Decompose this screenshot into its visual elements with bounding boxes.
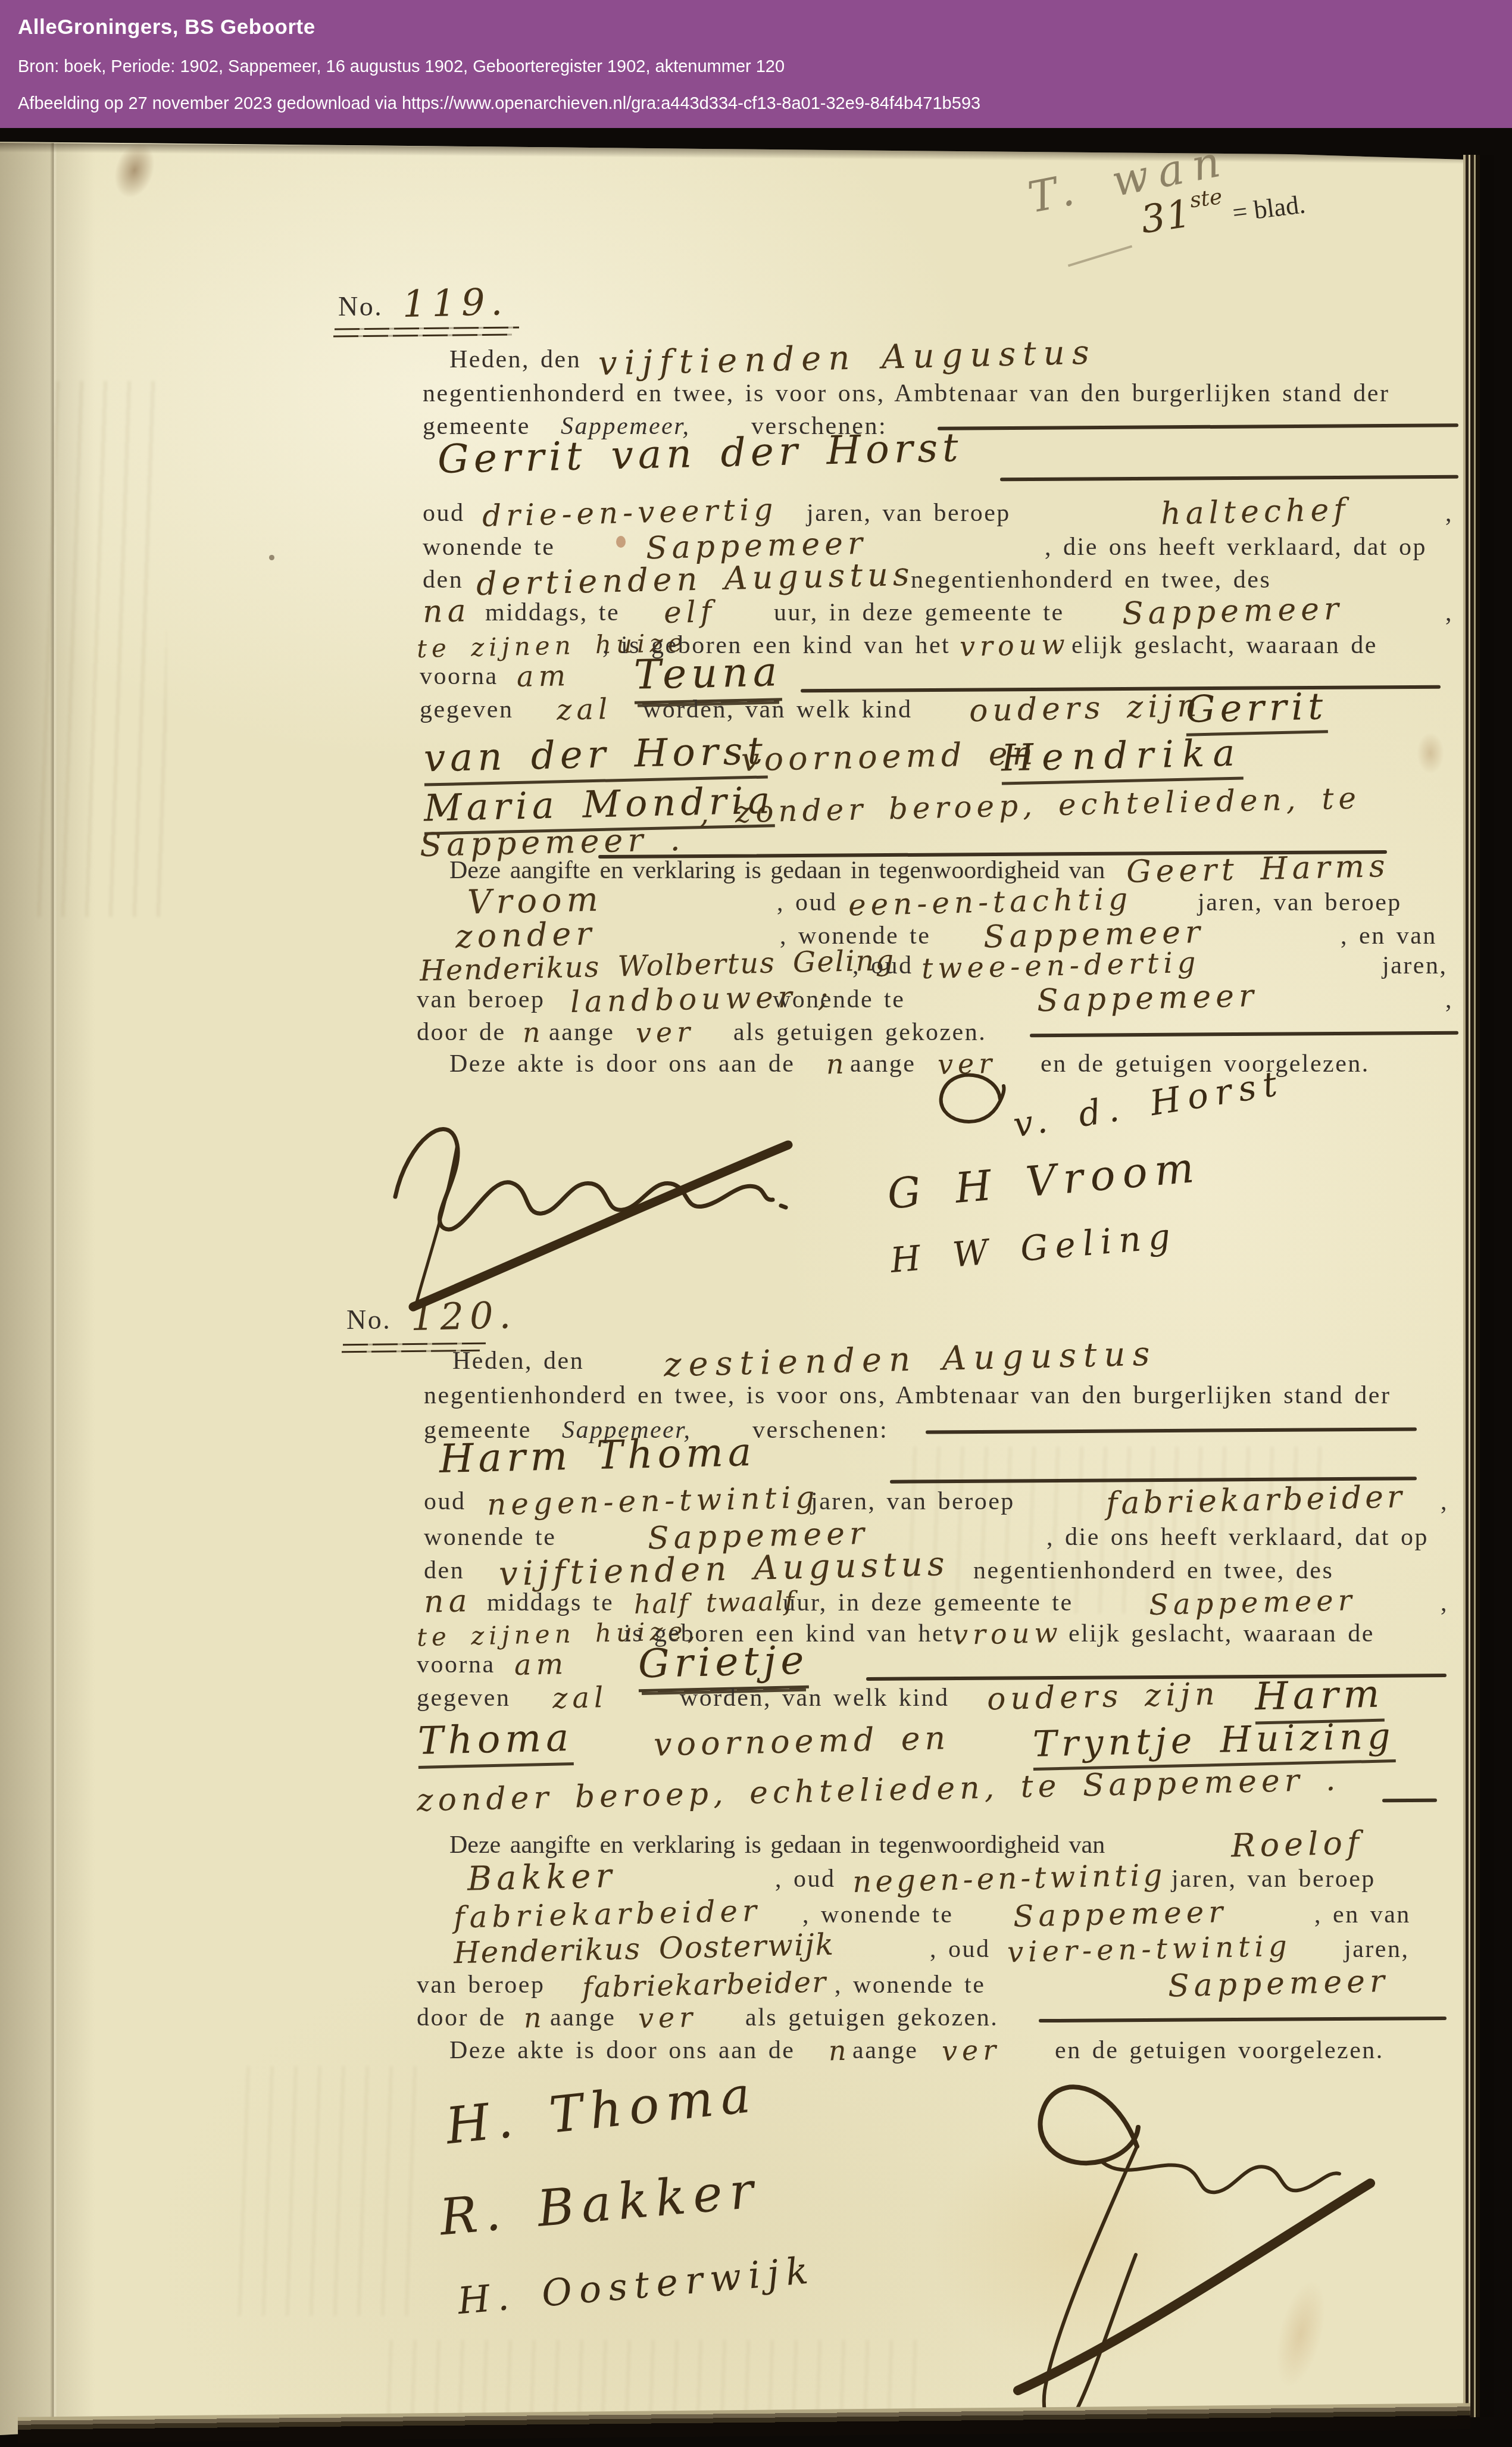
act-number-underline <box>343 1343 486 1346</box>
fill-rule <box>1382 1799 1437 1803</box>
handwritten-text: Sappemeer <box>1148 1584 1357 1622</box>
handwritten-text: vier-en-twintig <box>1007 1930 1292 1970</box>
handwritten-text: Sappemeer <box>1013 1894 1227 1934</box>
handwritten-text: Tryntje Huizing <box>1032 1715 1395 1771</box>
printed-text: worden, van welk kind <box>680 1684 949 1712</box>
printed-text: uur, in deze gemeente te <box>783 1588 1073 1617</box>
printed-text: wonende te <box>424 1523 556 1552</box>
act-number-value: 120. <box>410 1293 517 1339</box>
signature-text: H. Oosterwijk <box>456 2248 817 2323</box>
handwritten-text: vrouw <box>952 1616 1063 1651</box>
handwritten-text: zal <box>552 1681 608 1715</box>
handwritten-text: vijftienden Augustus <box>498 1544 949 1593</box>
act-number-label: No. <box>346 1304 391 1335</box>
handwritten-text: Sappemeer <box>1167 1964 1389 2004</box>
handwritten-text: am <box>514 1647 568 1682</box>
printed-text: negentienhonderd en twee, des <box>973 1556 1333 1585</box>
handwritten-text: Bakker <box>467 1856 617 1899</box>
handwritten-text: na <box>423 1583 472 1620</box>
printed-text: Deze akte is door ons aan de <box>449 2036 795 2065</box>
printed-text: den <box>424 1556 464 1585</box>
register-page: T. wan 31ste = blad. No.119.Heden, denvi… <box>0 0 1466 2447</box>
printed-text: voorna <box>417 1650 495 1679</box>
printed-text: jaren, van beroep <box>811 1487 1015 1516</box>
printed-text: , en van <box>1314 1900 1411 1929</box>
signature-text: H. Thoma <box>443 2065 760 2155</box>
handwritten-text: fabriekarbeider <box>582 1965 827 2004</box>
handwritten-text: negen-en-twintig <box>852 1858 1166 1899</box>
handwritten-text: half twaalf <box>633 1586 795 1620</box>
printed-text: jaren, van beroep <box>1172 1865 1376 1893</box>
handwritten-text: Thoma <box>417 1716 574 1769</box>
printed-text: , <box>1441 1588 1448 1617</box>
printed-text: als getuigen gekozen. <box>745 2003 998 2032</box>
handwritten-text: n <box>523 2002 546 2034</box>
printed-text: negentienhonderd en twee, is voor ons, A… <box>424 1381 1391 1410</box>
printed-text: elijk geslacht, waaraan de <box>1069 1619 1374 1648</box>
printed-text: , oud <box>775 1865 836 1893</box>
handwritten-text: Harm Thoma <box>439 1429 757 1482</box>
handwritten-text: n <box>828 2034 851 2067</box>
handwritten-text: fabriekarbeider <box>453 1893 761 1935</box>
handwritten-text: negen-en-twintig <box>486 1480 820 1522</box>
printed-text: Deze aangifte en verklaring is gedaan in… <box>449 1831 1105 1859</box>
handwritten-text: Roelof <box>1230 1824 1364 1864</box>
printed-text: , oud <box>930 1935 991 1964</box>
handwritten-text: ouders zijn <box>986 1677 1220 1718</box>
printed-text: van beroep <box>417 1971 545 1999</box>
fill-rule <box>926 1427 1417 1434</box>
printed-text: aange <box>550 2003 616 2032</box>
handwritten-text: voornoemd en <box>653 1719 951 1763</box>
document-scan: T. wan 31ste = blad. No.119.Heden, denvi… <box>0 0 1512 2447</box>
printed-text: Heden, den <box>452 1347 584 1375</box>
signature-text: R. Bakker <box>438 2161 763 2247</box>
handwritten-text: fabriekarbeider <box>1105 1479 1405 1521</box>
fill-rule <box>1039 2017 1447 2022</box>
handwritten-text: zestienden Augustus <box>663 1335 1157 1385</box>
handwritten-text: ver <box>941 2034 1001 2067</box>
handwritten-text: ver <box>638 2001 697 2034</box>
printed-text: , wonende te <box>802 1900 953 1929</box>
printed-text: , <box>1441 1487 1448 1516</box>
act-120: No.120.Heden, denzestienden Augustusnege… <box>0 0 1466 2447</box>
printed-text: gegeven <box>417 1684 510 1712</box>
printed-text: , wonende te <box>835 1971 985 1999</box>
header-download-line: Afbeelding op 27 november 2023 gedownloa… <box>18 94 980 114</box>
printed-text: verschenen: <box>752 1416 888 1444</box>
printed-text: , die ons heeft verklaard, dat op <box>1046 1523 1429 1552</box>
handwritten-text: zonder beroep, echtelieden, te Sappemeer… <box>417 1762 1341 1818</box>
book-fore-edge <box>1463 155 1494 2417</box>
printed-text: oud <box>424 1487 466 1516</box>
printed-text: en de getuigen voorgelezen. <box>1055 2036 1384 2065</box>
header-source-line: Bron: boek, Periode: 1902, Sappemeer, 16… <box>18 57 785 77</box>
printed-text: door de <box>417 2003 506 2032</box>
printed-text: aange <box>852 2036 918 2065</box>
printed-text: middags te <box>487 1588 614 1617</box>
source-header: AlleGroningers, BS Geboorte Bron: boek, … <box>0 0 1512 128</box>
header-title: AlleGroningers, BS Geboorte <box>18 15 315 39</box>
printed-text: jaren, <box>1344 1935 1409 1964</box>
